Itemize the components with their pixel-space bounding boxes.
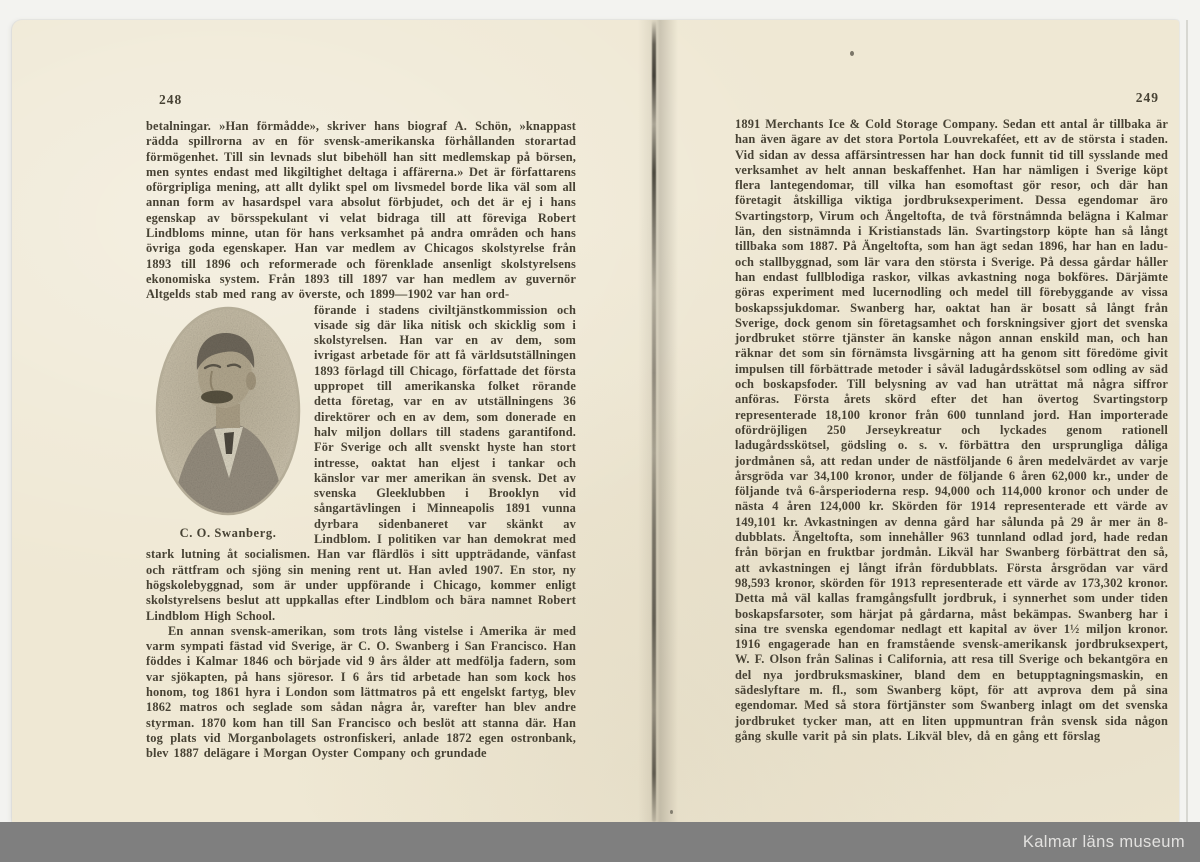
paragraph-lindblom-intro: betalningar. »Han förmådde», skriver han… <box>146 119 576 303</box>
center-fold-crease <box>652 20 656 822</box>
portrait-text-block: C. O. Swanberg. förande i stadens civilt… <box>146 303 576 624</box>
dust-speck <box>850 51 854 56</box>
page-left: 248 betalningar. »Han förmådde», skriver… <box>146 92 576 761</box>
watermark-text: Kalmar läns museum <box>1023 833 1185 852</box>
center-fold-shadow <box>638 20 678 822</box>
watermark-bar: Kalmar läns museum <box>0 822 1200 862</box>
portrait-photo <box>155 306 301 516</box>
paragraph-swanberg-estates: 1891 Merchants Ice & Cold Storage Compan… <box>735 117 1168 744</box>
page-edge <box>1186 20 1188 822</box>
portrait-figure: C. O. Swanberg. <box>152 306 304 541</box>
book-spread: 248 betalningar. »Han förmådde», skriver… <box>12 20 1179 822</box>
page-number-right: 249 <box>735 90 1168 106</box>
dust-speck <box>1028 210 1030 212</box>
dust-speck <box>670 810 673 814</box>
page-number-left: 248 <box>146 92 576 108</box>
portrait-caption: C. O. Swanberg. <box>152 526 304 541</box>
paragraph-swanberg: En annan svensk-amerikan, som trots lång… <box>146 624 576 762</box>
page-right: 249 1891 Merchants Ice & Cold Storage Co… <box>735 90 1168 744</box>
